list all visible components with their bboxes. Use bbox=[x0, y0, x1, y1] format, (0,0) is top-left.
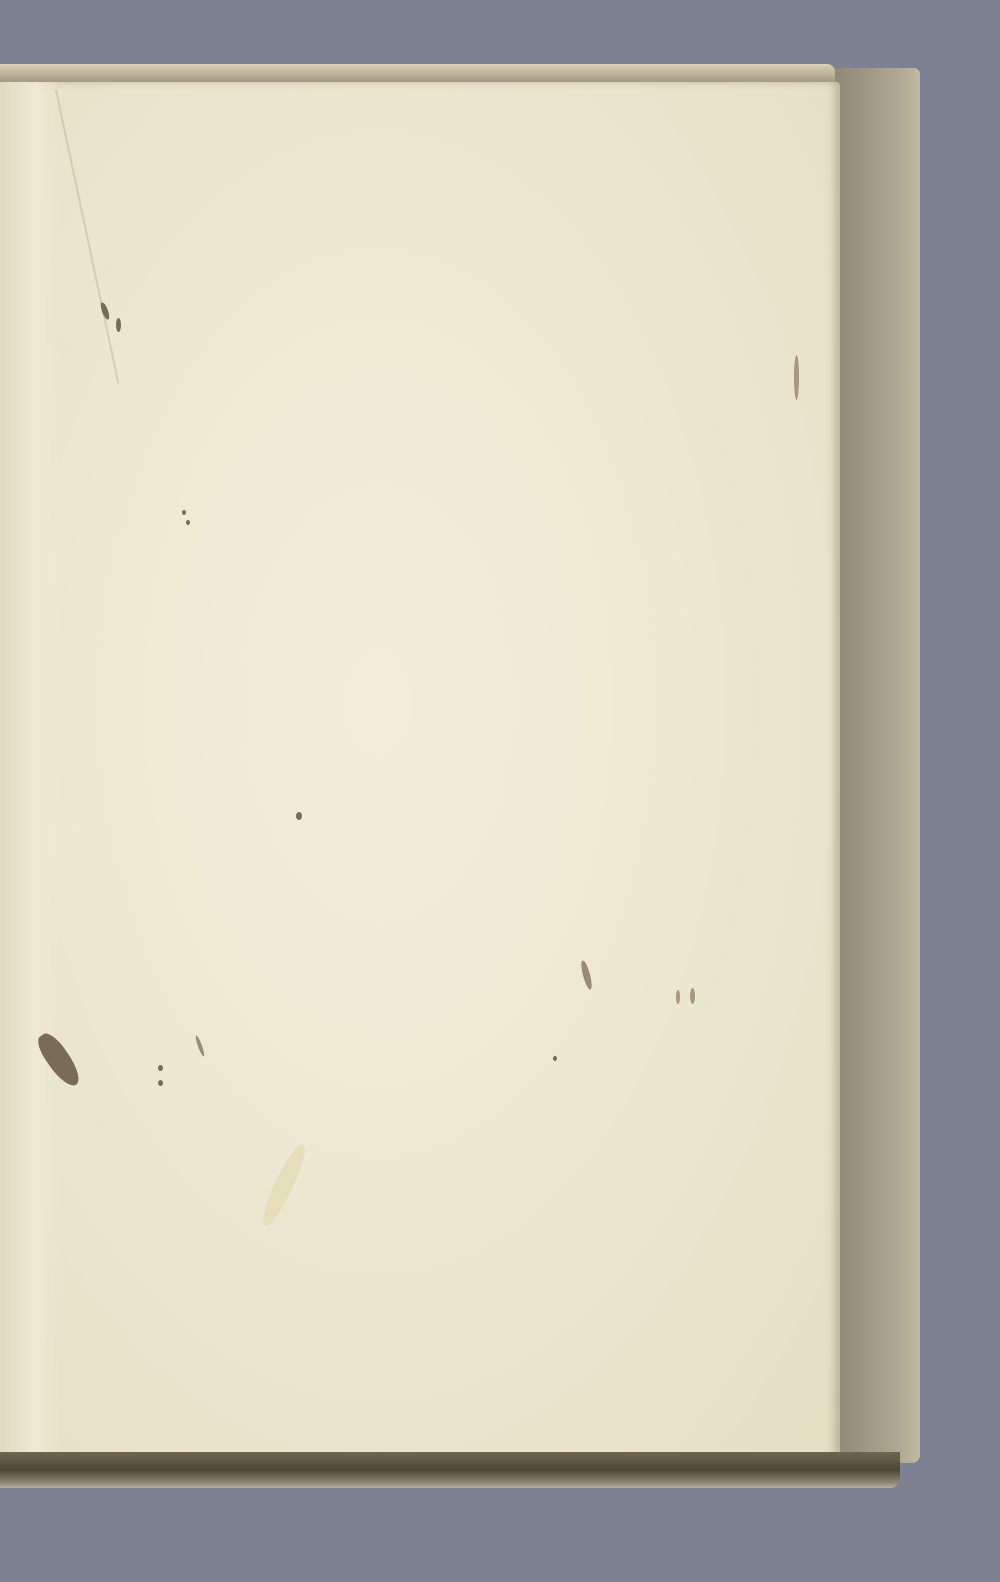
stain-spot bbox=[158, 1065, 163, 1071]
stain-spot bbox=[158, 1080, 163, 1086]
stain-spot bbox=[553, 1056, 557, 1061]
stain-spot bbox=[794, 355, 799, 400]
stain-spot bbox=[296, 812, 302, 820]
stain-spot bbox=[186, 520, 190, 525]
stain-spot bbox=[182, 510, 186, 515]
stain-spot bbox=[116, 318, 121, 332]
page-stack-bottom-edge bbox=[0, 1452, 900, 1488]
page-gutter bbox=[0, 82, 60, 1462]
stain-spot bbox=[690, 988, 695, 1004]
stain-spot bbox=[676, 990, 680, 1004]
blank-page bbox=[0, 82, 840, 1462]
